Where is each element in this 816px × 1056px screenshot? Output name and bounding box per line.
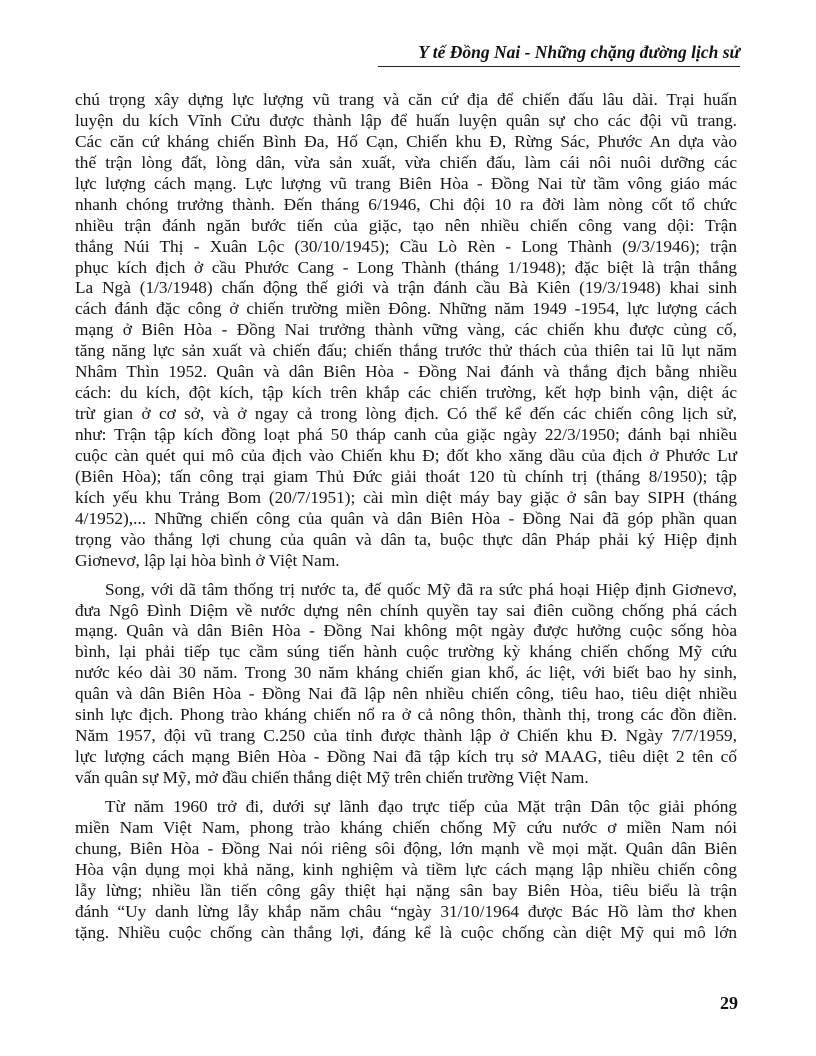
paragraph: chú trọng xây dựng lực lượng vũ trang và… [75,90,737,572]
text-line: đưa Ngô Đình Diệm về nước dựng nên chính… [75,601,737,622]
text-line: tăng năng lực sản xuất và chiến đấu; chi… [75,341,737,362]
text-line: Năm 1957, đội vũ trang C.250 của tỉnh đư… [75,726,737,747]
text-line: (Biên Hòa); tấn công trại giam Thủ Đức g… [75,467,737,488]
text-line: La Ngà (1/3/1948) chấn động thế giới và … [75,278,737,299]
text-line: lực lượng cách mạng Biên Hòa - Đồng Nai … [75,747,737,768]
text-line: kích yếu khu Trảng Bom (20/7/1951); cài … [75,488,737,509]
text-line: nước kéo dài 30 năm. Trong 30 năm kháng … [75,663,737,684]
text-line: cách: du kích, đột kích, tập kích trên k… [75,383,737,404]
text-line: cách đánh đặc công ở chiến trường miền Đ… [75,299,737,320]
text-line: Hòa vận dụng mọi khả năng, kinh nghiệm v… [75,860,737,881]
text-line: vấn quân sự Mỹ, mở đầu chiến thắng diệt … [75,768,737,789]
text-line: Các căn cứ kháng chiến Bình Đa, Hố Cạn, … [75,132,737,153]
text-line: thắng Núi Thị - Xuân Lộc (30/10/1945); C… [75,237,737,258]
text-line: đánh “Uy danh lừng lẫy khắp năm châu “ng… [75,902,737,923]
text-line: miền Nam Việt Nam, phong trào kháng chiế… [75,818,737,839]
text-line: chú trọng xây dựng lực lượng vũ trang và… [75,90,737,111]
text-line: nhiều trận đánh ngăn bước tiến của giặc,… [75,216,737,237]
text-line: mạng ở Biên Hòa - Đồng Nai trưởng thành … [75,320,737,341]
text-line: mạng. Quân và dân Biên Hòa - Đồng Nai kh… [75,621,737,642]
document-page: Y tế Đồng Nai - Những chặng đường lịch s… [0,0,816,1056]
text-line: Nhâm Thìn 1952. Quân và dân Biên Hòa - Đ… [75,362,737,383]
text-line: như: Trận tập kích đồng loạt phá 50 tháp… [75,425,737,446]
text-line: 4/1952),... Những chiến công của quân và… [75,509,737,530]
text-line: tặng. Nhiều cuộc chống càn thắng lợi, đá… [75,923,737,944]
text-line: quân và dân Biên Hòa - Đồng Nai đã lập n… [75,684,737,705]
text-line: Từ năm 1960 trở đi, dưới sự lãnh đạo trự… [75,797,737,818]
paragraph: Song, với dã tâm thống trị nước ta, đế q… [75,580,737,789]
text-line: phục kích địch ở cầu Phước Cang - Long T… [75,258,737,279]
text-line: Giơnevơ, lập lại hòa bình ở Việt Nam. [75,551,737,572]
text-line: luyện du kích Vĩnh Cửu được thành lập để… [75,111,737,132]
text-line: bình, lại phải tiếp tục cầm súng tiến hà… [75,642,737,663]
paragraph: Từ năm 1960 trở đi, dưới sự lãnh đạo trự… [75,797,737,944]
text-line: lẫy lừng; nhiều lần tiến công gây thiệt … [75,881,737,902]
text-line: chung, Biên Hòa - Đồng Nai nói riêng sôi… [75,839,737,860]
running-header: Y tế Đồng Nai - Những chặng đường lịch s… [378,42,740,67]
text-line: cuộc càn quét qui mô của địch vào Chiến … [75,446,737,467]
text-line: nhanh chóng trưởng thành. Đến tháng 6/19… [75,195,737,216]
text-line: lực lượng cách mạng. Lực lượng vũ trang … [75,174,737,195]
text-line: thế trận lòng đất, lòng dân, vừa sản xuấ… [75,153,737,174]
text-line: trừ gian ở cơ sở, và ở ngay cả trong lòn… [75,404,737,425]
text-line: Song, với dã tâm thống trị nước ta, đế q… [75,580,737,601]
text-line: trọng vào thắng lợi chung của quân và dâ… [75,530,737,551]
page-number: 29 [706,993,738,1014]
body-text: chú trọng xây dựng lực lượng vũ trang và… [75,90,737,944]
text-line: sinh lực địch. Phong trào kháng chiến nổ… [75,705,737,726]
